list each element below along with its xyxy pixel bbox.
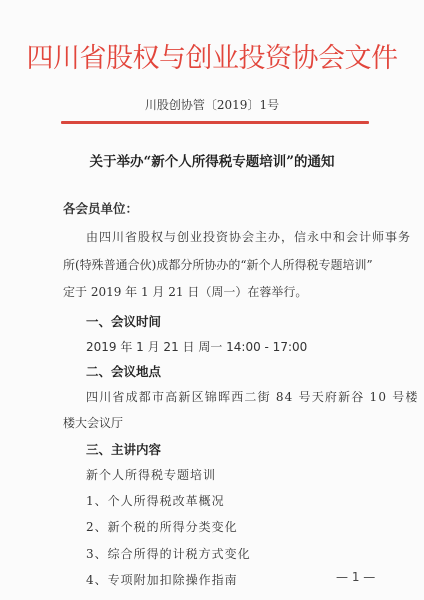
red-divider-line — [61, 121, 369, 124]
meeting-time: 2019 年 1 月 21 日 周一 14:00 - 17:00 — [86, 338, 307, 355]
notice-title: 关于举办“新个人所得税专题培训”的通知 — [0, 150, 424, 170]
meeting-address-line-2: 楼大会议厅 — [63, 414, 123, 431]
content-item: 4、专项附加扣除操作指南 — [86, 571, 238, 588]
section-heading-content: 三、主讲内容 — [86, 440, 161, 458]
body-line-1: 由四川省股权与创业投资协会主办，信永中和会计师事务 — [86, 228, 411, 245]
letterhead-title: 四川省股权与创业投资协会文件 — [0, 36, 424, 75]
content-item: 3、综合所得的计税方式变化 — [86, 545, 251, 562]
document-page: 四川省股权与创业投资协会文件 川股创协管〔2019〕1号 关于举办“新个人所得税… — [0, 0, 424, 600]
content-item: 1、个人所得税改革概况 — [86, 492, 225, 509]
meeting-address-line-1: 四川省成都市高新区锦晖西二街 84 号天府新谷 10 号楼 1 — [86, 388, 424, 405]
body-line-2: 所(特殊普通合伙)成都分所协办的“新个人所得税专题培训” — [63, 256, 373, 273]
section-heading-location: 二、会议地点 — [86, 362, 161, 380]
document-number: 川股创协管〔2019〕1号 — [0, 96, 424, 113]
page-number: — 1 — — [336, 570, 375, 584]
body-line-3: 定于 2019 年 1 月 21 日（周一）在蓉举行。 — [63, 283, 307, 300]
section-heading-time: 一、会议时间 — [86, 312, 161, 330]
content-item: 2、新个税的所得分类变化 — [86, 518, 238, 535]
salutation: 各会员单位： — [63, 199, 138, 217]
content-item: 新个人所得税专题培训 — [86, 466, 216, 483]
